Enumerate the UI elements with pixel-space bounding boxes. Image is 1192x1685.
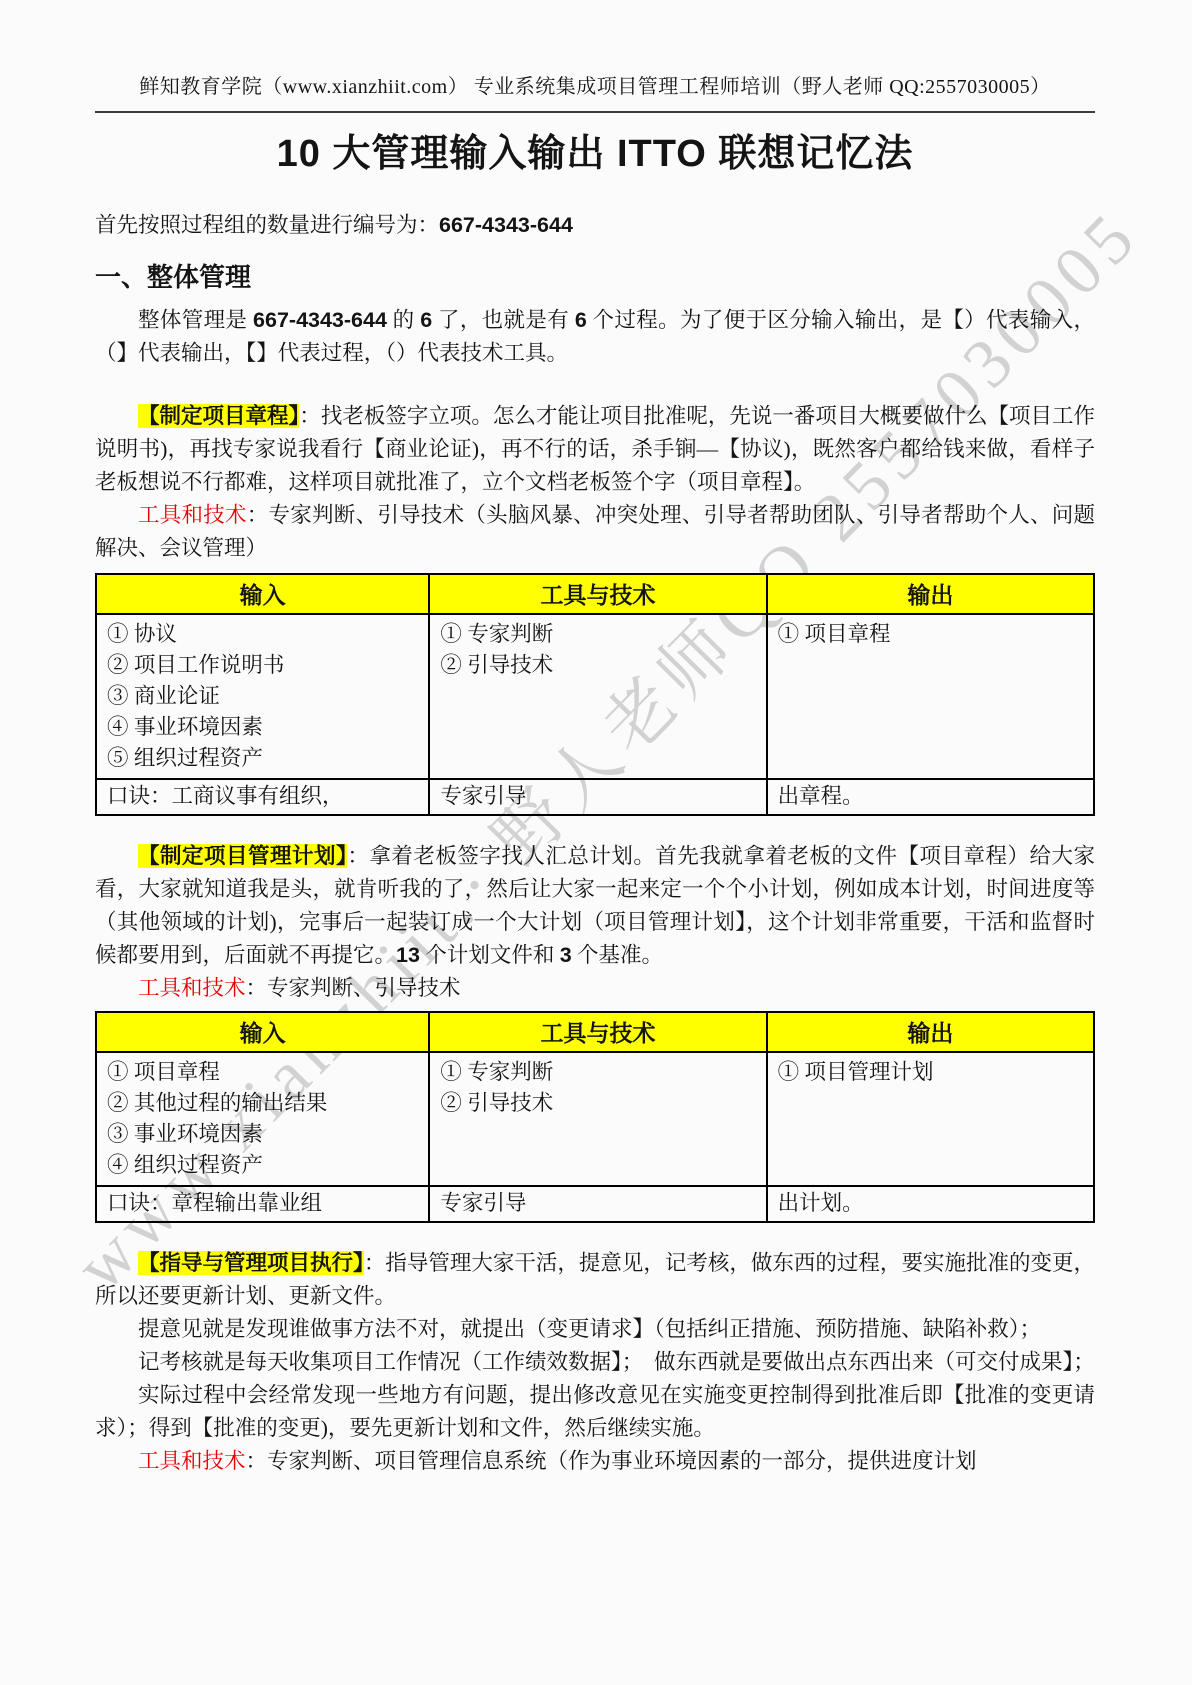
col-header-output: 输出 [767,1012,1094,1052]
memo-output: 出计划。 [767,1186,1094,1222]
tools-cell: ① 专家判断 ② 引导技术 [429,614,766,779]
execute-performance-data-paragraph: 记考核就是每天收集项目工作情况（工作绩效数据】； 做东西就是要做出点东西出来（可… [95,1346,1095,1379]
list-item: ④ 事业环境因素 [107,712,418,743]
list-item: ③ 商业论证 [107,681,418,712]
list-item: ⑤ 组织过程资产 [107,743,418,774]
plan-process-highlight: 【制定项目管理计划】 [138,844,347,868]
itto-table-plan: 输入 工具与技术 输出 ① 项目章程 ② 其他过程的输出结果 ③ 事业环境因素 … [95,1011,1095,1223]
memo-input: 口诀：工商议事有组织， [96,779,429,815]
page-content: 鲜知教育学院（www.xianzhiit.com） 专业系统集成项目管理工程师培… [95,0,1095,1478]
plan-body: 个基准。 [572,943,663,967]
col-header-tools: 工具与技术 [429,574,766,614]
intro-seg: 的 [387,308,420,332]
list-item: ① 协议 [107,619,418,650]
tools-label: 工具和技术 [138,976,246,1000]
table-body-row: ① 项目章程 ② 其他过程的输出结果 ③ 事业环境因素 ④ 组织过程资产 ① 专… [96,1052,1094,1186]
charter-paragraph: 【制定项目章程】：找老板签字立项。怎么才能让项目批准呢，先说一番项目大概要做什么… [95,400,1095,499]
col-header-output: 输出 [767,574,1094,614]
itto-table-charter: 输入 工具与技术 输出 ① 协议 ② 项目工作说明书 ③ 商业论证 ④ 事业环境… [95,573,1095,816]
tools-sep: ： [246,1449,268,1473]
list-item: ① 专家判断 [440,619,755,650]
execute-process-highlight: 【指导与管理项目执行】 [138,1251,364,1275]
header-divider [95,111,1095,113]
document-page: www.xianzhiit.· 野人老师QQ 2557030005 鲜知教育学院… [0,0,1192,1685]
charter-sep: ： [299,404,321,428]
tools-cell: ① 专家判断 ② 引导技术 [429,1052,766,1186]
document-title: 10 大管理输入输出 ITTO 联想记忆法 [95,129,1095,179]
tools-label: 工具和技术 [138,503,247,527]
memo-row: 口诀：章程输出靠业组 专家引导 出计划。 [96,1186,1094,1222]
col-header-tools: 工具与技术 [429,1012,766,1052]
plan-sep: ： [347,844,369,868]
inputs-cell: ① 项目章程 ② 其他过程的输出结果 ③ 事业环境因素 ④ 组织过程资产 [96,1052,429,1186]
numbering-line: 首先按照过程组的数量进行编号为：667-4343-644 [95,209,1095,242]
execute-approved-change-paragraph: 实际过程中会经常发现一些地方有问题，提出修改意见在实施变更控制得到批准后即【批准… [95,1379,1095,1445]
execute-paragraph: 【指导与管理项目执行】：指导管理大家干活，提意见，记考核，做东西的过程，要实施批… [95,1247,1095,1313]
table-header-row: 输入 工具与技术 输出 [96,574,1094,614]
intro-num: 6 [575,308,587,332]
integration-intro-paragraph: 整体管理是 667-4343-644 的 6 了，也就是有 6 个过程。为了便于… [95,304,1095,370]
tools-body: 专家判断、项目管理信息系统（作为事业环境因素的一部分，提供进度计划 [267,1449,977,1473]
page-header: 鲜知教育学院（www.xianzhiit.com） 专业系统集成项目管理工程师培… [95,0,1095,99]
numbering-prefix: 首先按照过程组的数量进行编号为： [95,213,439,237]
tools-sep: ： [246,976,268,1000]
execute-change-request-paragraph: 提意见就是发现谁做事方法不对，就提出（变更请求】（包括纠正措施、预防措施、缺陷补… [95,1313,1095,1346]
intro-seg: 了，也就是有 [432,308,575,332]
memo-input: 口诀：章程输出靠业组 [96,1186,429,1222]
tools-label: 工具和技术 [138,1449,246,1473]
list-item: ① 项目管理计划 [778,1057,1083,1088]
list-item: ① 项目章程 [778,619,1083,650]
list-item: ② 引导技术 [440,650,755,681]
list-item: ④ 组织过程资产 [107,1150,418,1181]
section-heading-integration: 一、整体管理 [95,260,1095,294]
intro-seg: 整体管理是 [138,308,253,332]
table-body-row: ① 协议 ② 项目工作说明书 ③ 商业论证 ④ 事业环境因素 ⑤ 组织过程资产 … [96,614,1094,779]
memo-tools: 专家引导 [429,779,766,815]
list-item: ② 其他过程的输出结果 [107,1088,418,1119]
tools-body: 专家判断、引导技术 [267,976,461,1000]
plan-paragraph: 【制定项目管理计划】：拿着老板签字找人汇总计划。首先我就拿着老板的文件【项目章程… [95,840,1095,972]
numbering-code: 667-4343-644 [439,213,573,237]
list-item: ① 专家判断 [440,1057,755,1088]
list-item: ① 项目章程 [107,1057,418,1088]
table-header-row: 输入 工具与技术 输出 [96,1012,1094,1052]
charter-process-highlight: 【制定项目章程】 [138,404,299,428]
plan-body: 个计划文件和 [420,943,560,967]
tools-sep: ： [247,503,269,527]
col-header-input: 输入 [96,574,429,614]
plan-num: 3 [560,943,572,967]
execute-tools-paragraph: 工具和技术：专家判断、项目管理信息系统（作为事业环境因素的一部分，提供进度计划 [95,1445,1095,1478]
outputs-cell: ① 项目章程 [767,614,1094,779]
outputs-cell: ① 项目管理计划 [767,1052,1094,1186]
memo-tools: 专家引导 [429,1186,766,1222]
intro-code: 667-4343-644 [253,308,387,332]
list-item: ② 引导技术 [440,1088,755,1119]
execute-sep: ： [364,1251,386,1275]
inputs-cell: ① 协议 ② 项目工作说明书 ③ 商业论证 ④ 事业环境因素 ⑤ 组织过程资产 [96,614,429,779]
charter-tools-paragraph: 工具和技术：专家判断、引导技术（头脑风暴、冲突处理、引导者帮助团队、引导者帮助个… [95,499,1095,565]
list-item: ② 项目工作说明书 [107,650,418,681]
plan-tools-paragraph: 工具和技术：专家判断、引导技术 [95,972,1095,1005]
plan-num: 13 [396,943,420,967]
intro-num: 6 [420,308,432,332]
list-item: ③ 事业环境因素 [107,1119,418,1150]
memo-output: 出章程。 [767,779,1094,815]
col-header-input: 输入 [96,1012,429,1052]
memo-row: 口诀：工商议事有组织， 专家引导 出章程。 [96,779,1094,815]
